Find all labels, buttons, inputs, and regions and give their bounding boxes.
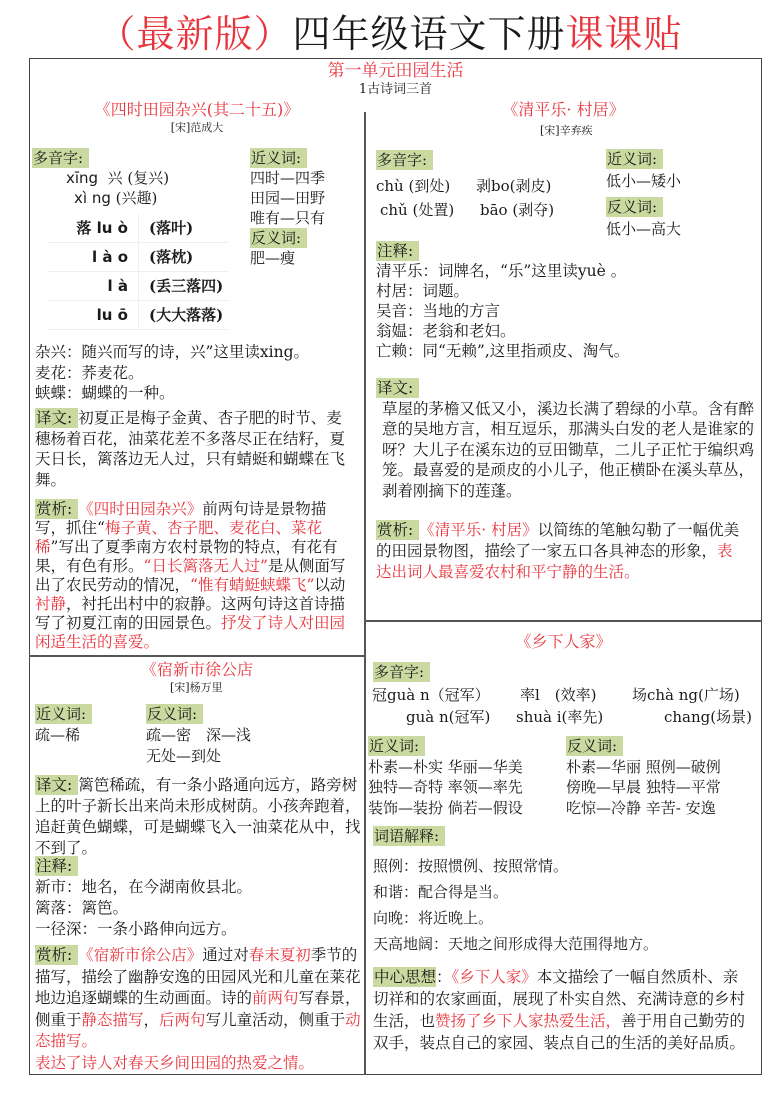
poem2-synonyms: 近义词: 低小—矮小 反义词: 低小—高大 [606,148,681,240]
rich-text: 表达了诗人对春天乡间田园的热爱之情。 [35,1054,314,1072]
poem3-translation: 译文:篱笆稀疏，有一条小路通向远方，路旁树上的叶子新长出来尚未形成树荫。小孩奔跑… [35,775,361,859]
note-item: 翁媪：老翁和老妇。 [376,321,756,341]
note-item: 篱落：篱笆。 [35,898,361,919]
poly-item: 剥bo(剥皮) [476,177,551,195]
glossary-item: 向晚：将近晚上。 [373,905,658,931]
antonym-label: 反义词: [146,704,203,724]
translation-label: 译文: [376,378,419,398]
antonym-item: 无处—到处 [146,746,251,767]
antonym-row: 朴素—华丽 照例—破例 [566,757,721,778]
right-row-divider [365,620,762,622]
left-row-divider [29,655,365,657]
lesson2-antonyms: 反义词: 朴素—华丽 照例—破例 傍晚—早晨 独特—平常 吃惊—冷静 辛苦- 安… [566,736,721,818]
unit-title: 第一单元田园生活 [29,60,762,82]
translation-label: 译文: [35,775,78,795]
word: (落枕) [139,243,193,271]
column-divider [364,112,366,1075]
note-item: 麦花：荞麦花。 [35,363,360,384]
antonym-label: 反义词: [566,736,623,756]
appreciation-label: 赏析: [376,520,419,540]
poem1-synonyms: 近义词: 四时—四季 田园—田野 唯有—只有 反义词: 肥—瘦 [250,148,325,268]
poem1-poly-row-2: xì ng (兴趣) [74,188,157,208]
pinyin: l à o [48,243,139,271]
poem2-title: 《清平乐· 村居》 [365,100,762,120]
lesson-title: 1古诗词三首 [29,82,762,98]
poem2-author: [宋]辛弃疾 [540,124,593,138]
lesson2-title: 《乡下人家》 [365,632,762,652]
antonym-item: 低小—高大 [606,218,681,240]
poly-item: guà n(冠军) [406,706,516,728]
note-item: 新市：地名，在今湖南攸县北。 [35,877,361,898]
title-middle: 四年级语文下册 [292,12,565,56]
rich-text: “日长篱落无人过” [144,557,268,575]
poly-item: 率l (效率) [520,684,632,706]
pinyin: xì ng [74,189,111,207]
word: 兴 (复兴) [108,169,169,187]
polyphonic-label: 多音字: [373,662,430,682]
synonym-label: 近义词: [368,736,425,756]
translation-text: 草屋的茅檐又低又小，溪边长满了碧绿的小草。含有醉意的吴地方言，相互逗乐，那满头白… [376,399,754,502]
poem1-author: [宋]范成大 [29,121,365,135]
appreciation-label: 赏析: [35,499,78,519]
poem1-notes: 杂兴：随兴而写的诗，兴”这里读xing。 麦花：荞麦花。 蛱蝶：蝴蝶的一种。 [35,342,360,404]
synonym-item: 华丽—华美 [448,758,523,776]
lesson2-glossary-section: 词语解释: [373,826,445,846]
rich-text: 前两句 [252,989,299,1007]
antonym-item: 朴素—华丽 [566,758,641,776]
synonym-label: 近义词: [606,149,663,169]
poem2-appreciation: 赏析:《清平乐· 村居》以简练的笔触勾勒了一幅优美的田园景物图，描绘了一家五口各… [376,520,741,583]
translation-text: 初夏正是梅子金黄、杏子肥的时节、麦穗杨着百花，油菜花差不多落尽正在结籽，夏天日长… [35,409,345,489]
pinyin: xīng [66,169,98,187]
rich-text: 衬静 [35,595,66,613]
antonym-item: 独特—平常 [646,778,721,796]
rich-text: 后两句 [159,1011,206,1029]
rich-text: 写儿童活动，侧重于 [206,1011,346,1029]
synonym-item: 独特—奇特 [368,778,443,796]
poem3-antonyms: 反义词: 疏—密 深—浅 无处—到处 [146,704,251,767]
pinyin: lu ō [48,301,139,329]
poem2-translation: 译文: 草屋的茅檐又低又小，溪边长满了碧绿的小草。含有醉意的吴地方言，相互逗乐，… [376,378,754,501]
rich-text: “惟有蜻蜓蛱蝶飞” [190,576,314,594]
antonym-label: 反义词: [250,228,307,248]
note-item: 亡赖：同“无赖”,这里指顽皮、淘气。 [376,341,756,361]
synonym-label: 近义词: [250,148,307,168]
poem1-appreciation: 赏析:《四时田园杂兴》前两句诗是景物描写，抓住“梅子黄、杏子肥、麦花白、菜花稀”… [35,499,357,652]
antonym-item: 照例—破例 [646,758,721,776]
table-row: lu ō(大大落落) [48,301,228,330]
antonym-item: 吃惊—冷静 [566,799,641,817]
rich-text: 《四时田园杂兴》 [78,500,202,518]
poem3-notes: 注释: 新市：地名，在今湖南攸县北。 篱落：篱笆。 一径深：一条小路伸向远方。 [35,856,361,940]
rich-text: ， [144,1011,160,1029]
synonym-item: 疏—稀 [35,725,92,746]
lesson2-theme: 中心思想：《乡下人家》本文描绘了一幅自然质朴、亲切祥和的农家画面，展现了朴实自然… [373,966,751,1054]
antonym-item: 辛苦- 安逸 [646,799,716,817]
poem1-translation: 译文:初夏正是梅子金黄、杏子肥的时节、麦穗杨着百花，油菜花差不多落尽正在结籽，夏… [35,408,357,490]
note-item: 村居：词题。 [376,281,756,301]
rich-text: 以动 [314,576,345,594]
appreciation-label: 赏析: [35,945,78,965]
note-item: 一径深：一条小路伸向远方。 [35,919,361,940]
pinyin: 落 lu ò [48,214,139,242]
page-title: （最新版）四年级语文下册课课贴 [0,10,780,58]
synonym-item: 率领—率先 [448,778,523,796]
polyphonic-label: 多音字: [376,150,433,170]
note-item: 吴音：当地的方言 [376,301,756,321]
synonym-item: 唯有—只有 [250,208,325,228]
glossary-item: 和谐：配合得是当。 [373,879,658,905]
poem3-appreciation: 赏析:《宿新市徐公店》通过对春末夏初季节的描写，描绘了幽静安逸的田园风光和儿童在… [35,945,363,1074]
synonym-label: 近义词: [35,704,92,724]
rich-text: 《乡下人家》 [452,968,537,986]
note-item: 蛱蝶：蝴蝶的一种。 [35,383,360,404]
poem1-polyphonic-table: 落 lu ò(落叶) l à o(落枕) l à(丢三落四) lu ō(大大落落… [48,214,228,330]
synonym-item: 装饰—装扮 [368,799,443,817]
translation-text: 篱笆稀疏，有一条小路通向远方，路旁树上的叶子新长出来尚未形成树荫。小孩奔跑着，追… [35,776,361,857]
note-item: 杂兴：随兴而写的诗，兴”这里读xing。 [35,342,360,363]
word: (落叶) [139,214,193,242]
pinyin: l à [48,272,139,300]
lesson2-synonyms: 近义词: 朴素—朴实 华丽—华美 独特—奇特 率领—率先 装饰—装扮 倘若—假设 [368,736,523,818]
title-prefix: （最新版） [97,12,292,56]
antonym-label: 反义词: [606,197,663,217]
glossary-item: 照例：按照惯例、按照常情。 [373,853,658,879]
lesson2-poly-row-1: 冠guà n（冠军）率l (效率)场chà ng(广场) [372,684,757,706]
polyphonic-label: 多音字: [32,148,89,168]
antonym-row: 吃惊—冷静 辛苦- 安逸 [566,798,721,819]
poly-item: chǔ (处置) [380,198,480,222]
synonym-item: 低小—矮小 [606,170,681,192]
note-item: 清平乐：词牌名，“乐”这里读yuè 。 [376,261,756,281]
poem1-poly-row-1: xīng 兴 (复兴) [66,168,169,188]
poly-item: shuà i(率先) [516,706,664,728]
poem1-title: 《四时田园杂兴(其二十五)》 [29,100,365,120]
poly-item: 场chà ng(广场) [632,686,740,704]
table-row: l à o(落枕) [48,243,228,272]
word: (大大落落) [139,301,223,329]
translation-label: 译文: [35,408,78,428]
lesson2-poly-row-2: guà n(冠军)shuà i(率先)chang(场景) [406,706,758,728]
poem1-polyphonic-section: 多音字: [32,148,89,168]
table-row: 落 lu ò(落叶) [48,214,228,243]
poly-row: chǔ (处置)bāo (剥夺) [376,198,554,222]
rich-text: 《清平乐· 村居》 [419,521,537,539]
antonym-item: 疏—密 深—浅 [146,725,251,746]
poly-item: 冠guà n（冠军） [372,684,520,706]
table-row: l à(丢三落四) [48,272,228,301]
poem3-synonyms: 近义词: 疏—稀 [35,704,92,746]
synonym-row: 独特—奇特 率领—率先 [368,777,523,798]
poem2-notes: 注释: 清平乐：词牌名，“乐”这里读yuè 。 村居：词题。 吴音：当地的方言 … [376,241,756,361]
rich-text: 《宿新市徐公店》 [78,946,202,964]
rich-text: 春末夏初 [249,946,311,964]
lesson2-glossary: 照例：按照惯例、按照常情。 和谐：配合得是当。 向晚：将近晚上。 天高地阔：天地… [373,853,658,957]
poem3-title: 《宿新市徐公店 [29,660,365,680]
notes-label: 注释: [376,241,419,261]
synonym-item: 倘若—假设 [448,799,523,817]
notes-label: 注释: [35,856,78,876]
word: (丢三落四) [139,272,223,300]
glossary-item: 天高地阔：天地之间形成得大范围得地方。 [373,931,658,957]
title-suffix: 课课贴 [566,12,683,56]
synonym-row: 朴素—朴实 华丽—华美 [368,757,523,778]
synonym-item: 朴素—朴实 [368,758,443,776]
poly-item: bāo (剥夺) [480,201,554,219]
poly-row: chù (到处)剥bo(剥皮) [376,174,554,198]
poly-item: chang(场景) [664,708,752,726]
word: (兴趣) [116,189,158,207]
poem3-author: [宋]杨万里 [170,681,223,695]
rich-text: 静态描写 [82,1011,144,1029]
theme-label: 中心思想 [373,967,436,987]
antonym-row: 傍晚—早晨 独特—平常 [566,777,721,798]
poly-item: chù (到处) [376,174,476,198]
rich-text: ： [436,968,452,986]
rich-text: 赞扬了乡下人家热爱生活， [435,1012,621,1030]
synonym-row: 装饰—装扮 倘若—假设 [368,798,523,819]
synonym-item: 四时—四季 [250,168,325,188]
poem2-polyphonic-section: 多音字: chù (到处)剥bo(剥皮) chǔ (处置)bāo (剥夺) [376,150,554,222]
antonym-item: 傍晚—早晨 [566,778,641,796]
synonym-item: 田园—田野 [250,188,325,208]
lesson2-polyphonic-section: 多音字: [373,662,430,682]
rich-text: 通过对 [202,946,249,964]
antonym-item: 肥—瘦 [250,248,325,268]
glossary-label: 词语解释: [373,826,445,846]
